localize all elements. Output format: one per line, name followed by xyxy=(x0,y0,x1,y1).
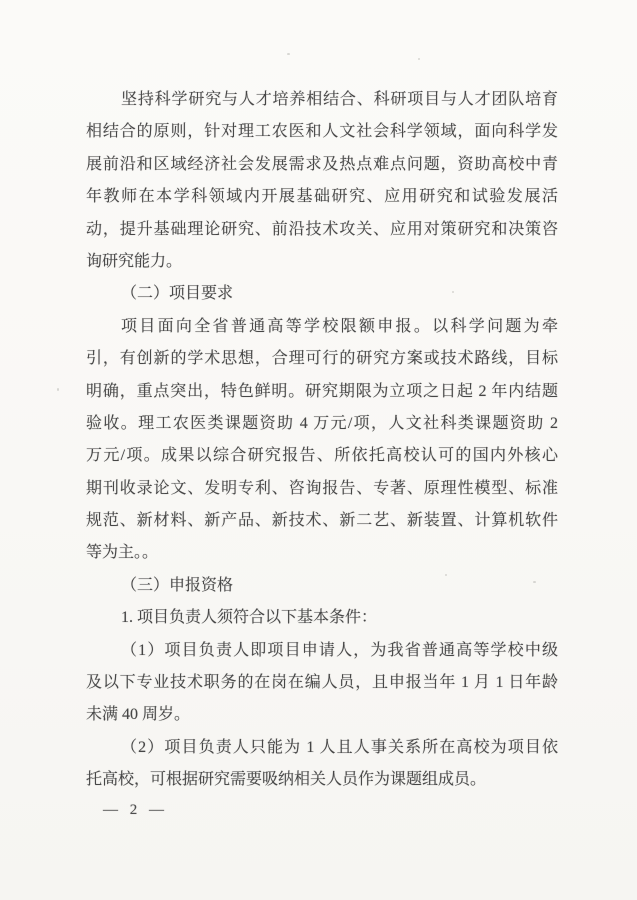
scan-speck xyxy=(57,388,59,391)
text-line: 及以下专业技术职务的在岗在编人员，且申报当年 1 月 1 日年龄 xyxy=(86,667,558,699)
scan-speck xyxy=(418,58,420,60)
page-number: — 2 — xyxy=(103,799,168,821)
text-line: 询研究能力。 xyxy=(86,246,558,278)
text-line: 未满 40 周岁。 xyxy=(86,699,558,731)
text-line: 规范、新材料、新产品、新技术、新二艺、新装置、计算机软件 xyxy=(86,505,558,537)
scan-speck xyxy=(452,291,454,293)
text-line: 万元/项。成果以综合研究报告、所依托高校认可的国内外核心 xyxy=(86,440,558,472)
text-line: 明确，重点突出，特色鲜明。研究期限为立项之日起 2 年内结题 xyxy=(86,376,558,408)
text-line: 年教师在本学科领域内开展基础研究、应用研究和试验发展活 xyxy=(86,181,558,213)
scan-speck xyxy=(287,53,290,55)
text-line: 相结合的原则，针对理工农医和人文社会科学领域，面向科学发 xyxy=(86,116,558,148)
scanned-document-page: 坚持科学研究与人才培养相结合、科研项目与人才团队培育相结合的原则，针对理工农医和… xyxy=(0,0,637,900)
text-line: 项目面向全省普通高等学校限额申报。以科学问题为牵 xyxy=(86,311,558,343)
heading-line: 1. 项目负责人须符合以下基本条件： xyxy=(86,602,558,634)
text-line: （1）项目负责人即项目申请人，为我省普通高等学校中级 xyxy=(86,635,558,667)
text-line: 验收。理工农医类课题资助 4 万元/项，人文社科类课题资助 2 xyxy=(86,408,558,440)
text-line: （2）项目负责人只能为 1 人且人事关系所在高校为项目依 xyxy=(86,732,558,764)
text-line: 期刊收录论文、发明专利、咨询报告、专著、原理性模型、标准 xyxy=(86,473,558,505)
text-line: 展前沿和区域经济社会发展需求及热点难点问题，资助高校中青 xyxy=(86,149,558,181)
text-line: 托高校，可根据研究需要吸纳相关人员作为课题组成员。 xyxy=(86,764,558,796)
text-line: 坚持科学研究与人才培养相结合、科研项目与人才团队培育 xyxy=(86,84,558,116)
text-line: 等为主。。 xyxy=(86,537,558,569)
scan-speck xyxy=(445,574,447,576)
heading-line: （二）项目要求 xyxy=(86,278,558,310)
text-line: 动，提升基础理论研究、前沿技术攻关、应用对策研究和决策咨 xyxy=(86,214,558,246)
heading-line: （三）申报资格 xyxy=(86,570,558,602)
document-body: 坚持科学研究与人才培养相结合、科研项目与人才团队培育相结合的原则，针对理工农医和… xyxy=(86,84,558,797)
scan-speck xyxy=(533,581,536,583)
text-line: 引，有创新的学术思想，合理可行的研究方案或技术路线，目标 xyxy=(86,343,558,375)
